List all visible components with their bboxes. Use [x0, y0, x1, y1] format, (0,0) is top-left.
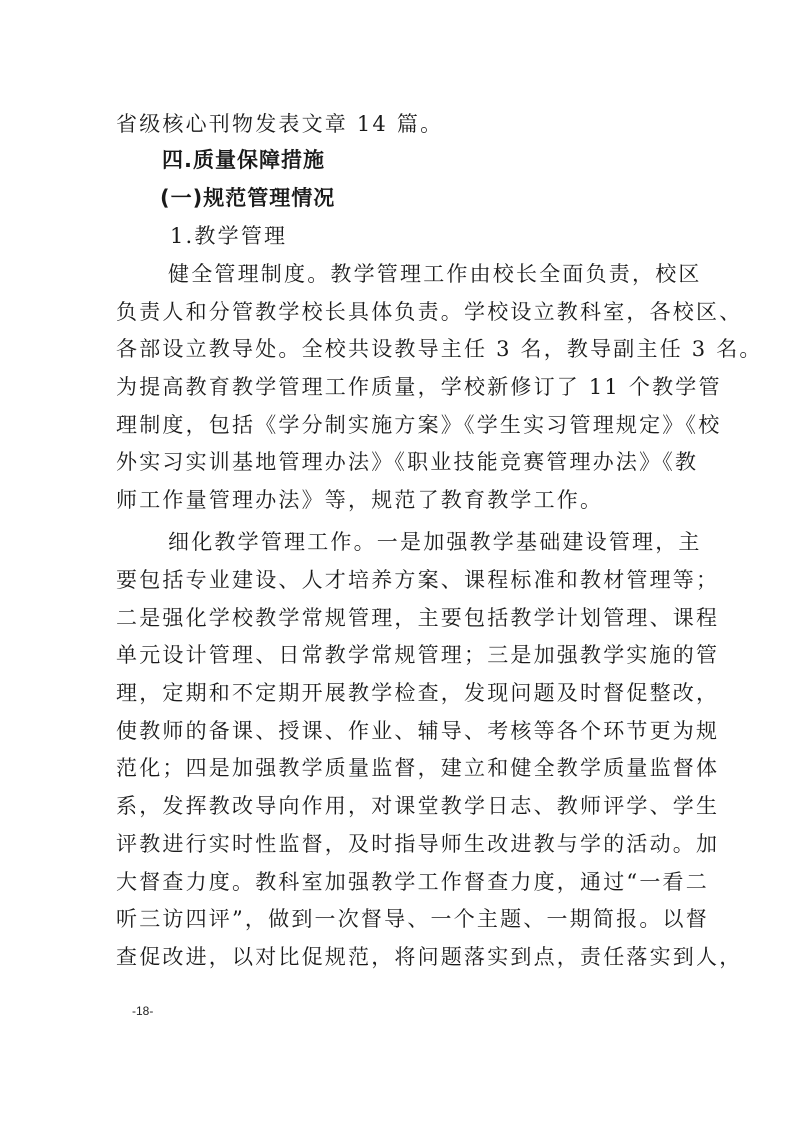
body-text-line: 查促改进，以对比促规范，将问题落实到点，责任落实到人， [116, 945, 682, 969]
body-text-line: 细化教学管理工作。一是加强教学基础建设管理，主 [168, 530, 682, 554]
item-heading: 1.教学管理 [170, 224, 287, 248]
body-text-line: 理，定期和不定期开展教学检查，发现问题及时督促整改， [116, 681, 682, 705]
body-text-line: 大督查力度。教科室加强教学工作督查力度，通过“一看二 [116, 870, 682, 894]
body-text-line: 二是强化学校教学常规管理，主要包括教学计划管理、课程 [116, 606, 682, 630]
body-text-line: 外实习实训基地管理办法》《职业技能竞赛管理办法》《教 [116, 450, 682, 474]
body-text-line: 要包括专业建设、人才培养方案、课程标准和教材管理等； [116, 568, 682, 592]
body-text-line: 系，发挥教改导向作用，对课堂教学日志、教师评学、学生 [116, 794, 682, 818]
subsection-heading: (一)规范管理情况 [160, 186, 335, 210]
body-text-line: 理制度，包括《学分制实施方案》《学生实习管理规定》《校 [116, 413, 682, 437]
body-text-line: 评教进行实时性监督，及时指导师生改进教与学的活动。加 [116, 832, 682, 856]
body-text-line: 为提高教育教学管理工作质量，学校新修订了 11 个教学管 [116, 375, 682, 399]
page-number: -18- [132, 1004, 153, 1018]
body-text-line: 单元设计管理、日常教学常规管理；三是加强教学实施的管 [116, 643, 682, 667]
body-text-line: 使教师的备课、授课、作业、辅导、考核等各个环节更为规 [116, 719, 682, 743]
body-text-line: 听三访四评”，做到一次督导、一个主题、一期简报。以督 [116, 907, 682, 931]
section-heading: 四.质量保障措施 [162, 148, 325, 172]
body-text-line: 各部设立教导处。全校共设教导主任 3 名，教导副主任 3 名。 [116, 337, 682, 361]
body-text-line: 健全管理制度。教学管理工作由校长全面负责，校区 [168, 262, 682, 286]
body-text-line: 师工作量管理办法》等，规范了教育教学工作。 [116, 488, 603, 512]
body-text-line: 范化；四是加强教学质量监督，建立和健全教学质量监督体 [116, 756, 682, 780]
body-text-line: 省级核心刊物发表文章 14 篇。 [116, 112, 443, 136]
body-text-line: 负责人和分管教学校长具体负责。学校设立教科室，各校区、 [116, 300, 682, 324]
